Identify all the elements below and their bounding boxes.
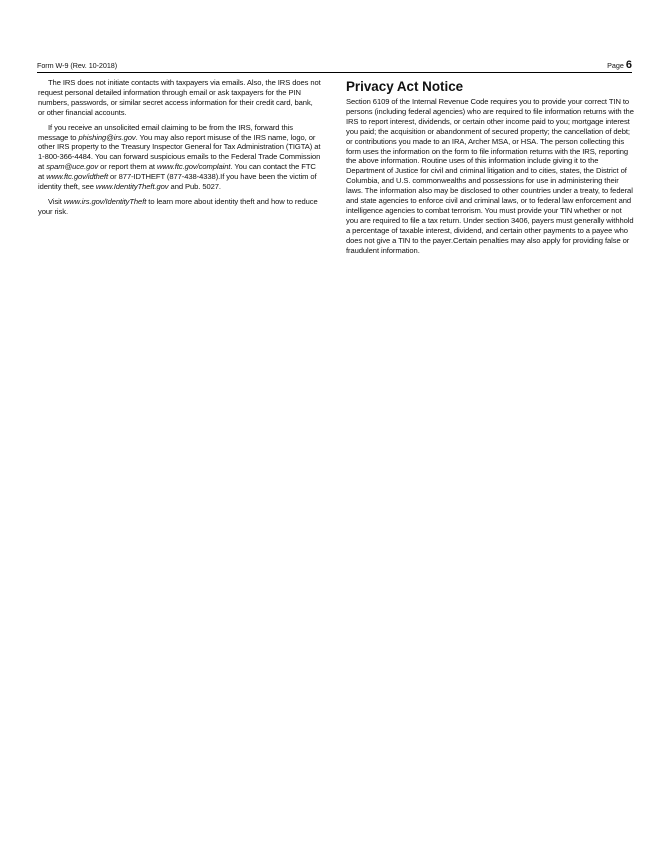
paragraph-privacy-act-body: Section 6109 of the Internal Revenue Cod…: [346, 97, 634, 256]
section-title-privacy-act: Privacy Act Notice: [346, 79, 634, 94]
left-column: The IRS does not initiate contacts with …: [38, 78, 321, 222]
link-ftc-idtheft[interactable]: www.ftc.gov/idtheft: [46, 172, 108, 181]
paragraph-visit-irs: Visit www.irs.gov/IdentityTheft to learn…: [38, 197, 321, 217]
page-number-label: Page6: [607, 59, 632, 71]
paragraph-report-phishing: If you receive an unsolicited email clai…: [38, 123, 321, 192]
document-page: Form W-9 (Rev. 10-2018) Page6 The IRS do…: [0, 0, 670, 867]
link-irs-identitytheft[interactable]: www.irs.gov/IdentityTheft: [64, 197, 146, 206]
paragraph-text: or report them at: [98, 162, 157, 171]
paragraph-text: and Pub. 5027.: [169, 182, 221, 191]
paragraph-text: The IRS does not initiate contacts with …: [38, 78, 321, 117]
email-link-phishing[interactable]: phishing@irs.gov: [79, 133, 136, 142]
link-ftc-complaint[interactable]: www.ftc.gov/complaint: [157, 162, 230, 171]
paragraph-irs-contacts: The IRS does not initiate contacts with …: [38, 78, 321, 118]
email-link-spam[interactable]: spam@uce.gov: [46, 162, 98, 171]
page-header: Form W-9 (Rev. 10-2018) Page6: [37, 60, 632, 73]
link-identitytheft-gov[interactable]: www.IdentityTheft.gov: [96, 182, 169, 191]
form-identifier: Form W-9 (Rev. 10-2018): [37, 61, 117, 70]
page-number: 6: [626, 59, 632, 71]
page-label: Page: [607, 61, 624, 70]
paragraph-text: Visit: [48, 197, 64, 206]
right-column: Privacy Act Notice Section 6109 of the I…: [346, 78, 634, 256]
